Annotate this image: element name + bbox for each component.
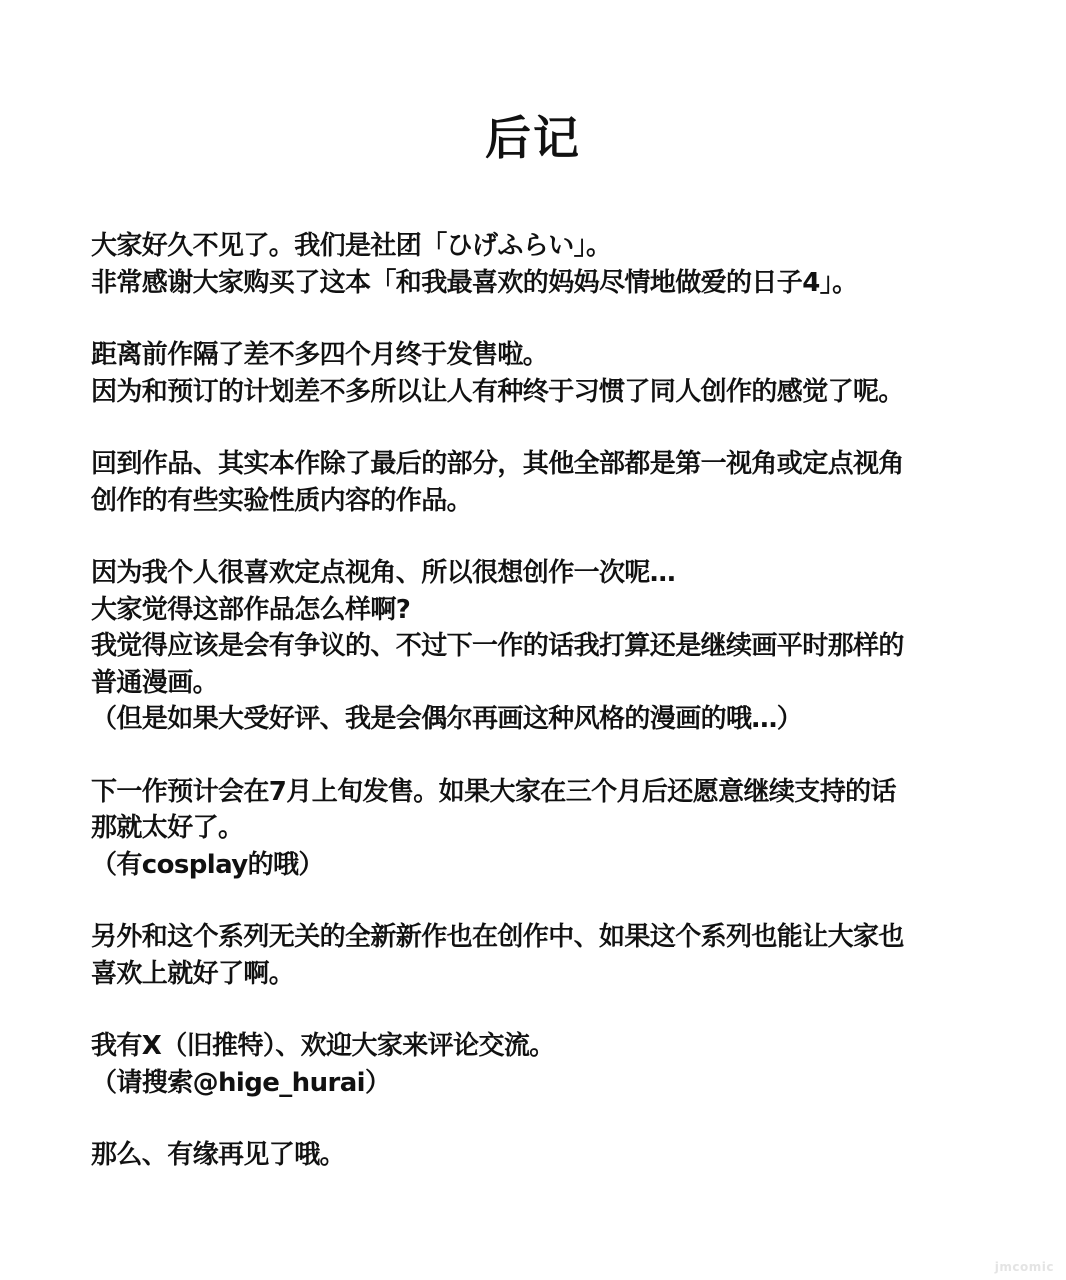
text-line: 喜欢上就好了啊。 [91,956,1031,993]
afterword-body: 大家好久不见了。我们是社团「ひげふらい」。 非常感谢大家购买了这本「和我最喜欢的… [91,228,1031,1210]
text-line: 距离前作隔了差不多四个月终于发售啦。 [91,337,1031,374]
text-line: 那就太好了。 [91,810,1031,847]
paragraph-new-series: 另外和这个系列无关的全新新作也在创作中、如果这个系列也能让大家也 喜欢上就好了啊… [91,919,1031,992]
text-line: （请搜索@hige_hurai） [91,1065,1031,1102]
text-line: 另外和这个系列无关的全新新作也在创作中、如果这个系列也能让大家也 [91,919,1031,956]
text-line: 下一作预计会在7月上旬发售。如果大家在三个月后还愿意继续支持的话 [91,774,1031,811]
text-line: （有cosplay的哦） [91,847,1031,884]
text-line: 那么、有缘再见了哦。 [91,1137,1031,1174]
paragraph-greeting: 大家好久不见了。我们是社团「ひげふらい」。 非常感谢大家购买了这本「和我最喜欢的… [91,228,1031,301]
text-line: 大家觉得这部作品怎么样啊? [91,592,1031,629]
text-line: 回到作品、其实本作除了最后的部分，其他全部都是第一视角或定点视角 [91,446,1031,483]
text-line: 因为我个人很喜欢定点视角、所以很想创作一次呢… [91,555,1031,592]
text-line: 因为和预订的计划差不多所以让人有种终于习惯了同人创作的感觉了呢。 [91,374,1031,411]
text-line: 普通漫画。 [91,665,1031,702]
text-line: 我有X（旧推特）、欢迎大家来评论交流。 [91,1028,1031,1065]
paragraph-farewell: 那么、有缘再见了哦。 [91,1137,1031,1174]
text-line: （但是如果大受好评、我是会偶尔再画这种风格的漫画的哦…） [91,701,1031,738]
text-line: 创作的有些实验性质内容的作品。 [91,483,1031,520]
paragraph-perspective: 因为我个人很喜欢定点视角、所以很想创作一次呢… 大家觉得这部作品怎么样啊? 我觉… [91,555,1031,738]
page-title: 后记 [0,108,1066,168]
watermark-logo: jmcomic [995,1260,1054,1274]
text-line: 我觉得应该是会有争议的、不过下一作的话我打算还是继续画平时那样的 [91,628,1031,665]
paragraph-release: 距离前作隔了差不多四个月终于发售啦。 因为和预订的计划差不多所以让人有种终于习惯… [91,337,1031,410]
text-line: 大家好久不见了。我们是社团「ひげふらい」。 [91,228,1031,265]
paragraph-work: 回到作品、其实本作除了最后的部分，其他全部都是第一视角或定点视角 创作的有些实验… [91,446,1031,519]
text-line: 非常感谢大家购买了这本「和我最喜欢的妈妈尽情地做爱的日子4」。 [91,265,1031,302]
paragraph-social: 我有X（旧推特）、欢迎大家来评论交流。 （请搜索@hige_hurai） [91,1028,1031,1101]
paragraph-next-release: 下一作预计会在7月上旬发售。如果大家在三个月后还愿意继续支持的话 那就太好了。 … [91,774,1031,884]
